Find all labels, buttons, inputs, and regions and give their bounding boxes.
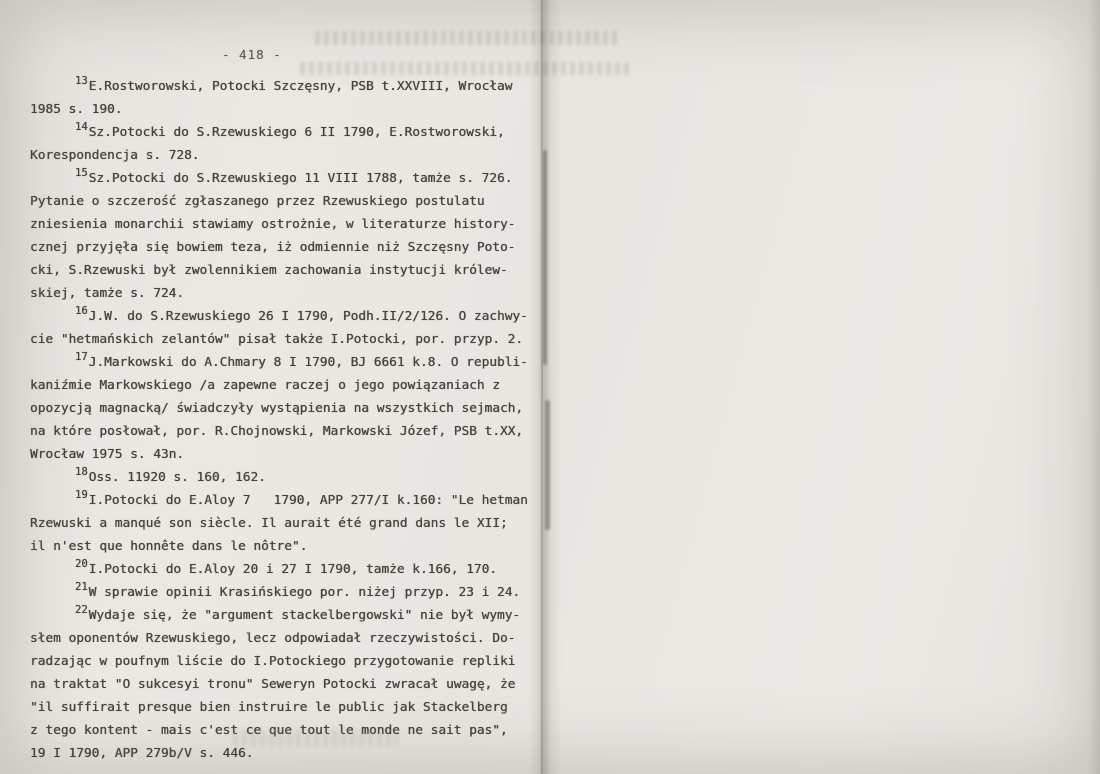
footnote-text: na traktat "O sukcesyi tronu" Seweryn Po… xyxy=(30,677,515,692)
footnote-line: cki, S.Rzewuski był zwolennikiem zachowa… xyxy=(30,259,535,282)
footnote-text: cki, S.Rzewuski był zwolennikiem zachowa… xyxy=(30,263,508,278)
scan-right-edge-shadow xyxy=(1088,0,1100,774)
footnote-number: 21 xyxy=(75,576,88,599)
footnote-text: na które posłował, por. R.Chojnowski, Ma… xyxy=(30,424,523,439)
gutter-streak xyxy=(543,150,547,365)
footnote-text: 19 I 1790, APP 279b/V s. 446. xyxy=(30,746,253,761)
footnote-number: 18 xyxy=(75,461,88,484)
footnotes-block-418: 13E.Rostworowski, Potocki Szczęsny, PSB … xyxy=(30,75,535,765)
footnote-number: 19 xyxy=(75,484,88,507)
footnote-text: skiej, tamże s. 724. xyxy=(30,286,184,301)
footnote-line: na które posłował, por. R.Chojnowski, Ma… xyxy=(30,420,535,443)
footnote-text: Wrocław 1975 s. 43n. xyxy=(30,447,184,462)
footnote-text: "il suffirait presque bien instruire le … xyxy=(30,700,508,715)
footnote-text: Oss. 11920 s. 160, 162. xyxy=(89,470,266,485)
footnote-line: 21W sprawie opinii Krasińskiego por. niż… xyxy=(30,581,535,604)
footnote-text: Wydaje się, że "argument stackelbergowsk… xyxy=(89,608,520,623)
footnote-number: 17 xyxy=(75,346,88,369)
footnote-line: skiej, tamże s. 724. xyxy=(30,282,535,305)
footnote-line: kaniźmie Markowskiego /a zapewne raczej … xyxy=(30,374,535,397)
footnote-line: opozycją magnacką/ świadczyły wystąpieni… xyxy=(30,397,535,420)
page-gutter-shadow xyxy=(528,0,562,774)
footnote-line: il n'est que honnête dans le nôtre". xyxy=(30,535,535,558)
footnote-number: 13 xyxy=(75,70,88,93)
footnote-text: 1985 s. 190. xyxy=(30,102,122,117)
footnote-text: E.Rostworowski, Potocki Szczęsny, PSB t.… xyxy=(89,79,513,94)
footnote-line: 22Wydaje się, że "argument stackelbergow… xyxy=(30,604,535,627)
footnote-number: 15 xyxy=(75,162,88,185)
page-419: - 419 - 23F.Jordan do S.Rzewuskiego 26 I… xyxy=(548,0,1100,774)
footnote-text: Sz.Potocki do S.Rzewuskiego 11 VIII 1788… xyxy=(89,171,513,186)
footnote-text: I.Potocki do E.Aloy 7 1790, APP 277/I k.… xyxy=(89,493,528,508)
footnote-text: I.Potocki do E.Aloy 20 i 27 I 1790, tamż… xyxy=(89,562,497,577)
page-number: - 418 - xyxy=(222,47,282,62)
footnote-text: zniesienia monarchii stawiamy ostrożnie,… xyxy=(30,217,515,232)
footnote-line: 16J.W. do S.Rzewuskiego 26 I 1790, Podh.… xyxy=(30,305,535,328)
footnote-text: słem oponentów Rzewuskiego, lecz odpowia… xyxy=(30,631,515,646)
footnote-line: cznej przyjęła się bowiem teza, iż odmie… xyxy=(30,236,535,259)
footnote-text: opozycją magnacką/ świadczyły wystąpieni… xyxy=(30,401,523,416)
footnote-text: Rzewuski a manqué son siècle. Il aurait … xyxy=(30,516,508,531)
footnote-text: radzając w poufnym liście do I.Potockieg… xyxy=(30,654,515,669)
footnote-text: J.W. do S.Rzewuskiego 26 I 1790, Podh.II… xyxy=(89,309,528,324)
footnote-line: radzając w poufnym liście do I.Potockieg… xyxy=(30,650,535,673)
footnote-text: Sz.Potocki do S.Rzewuskiego 6 II 1790, E… xyxy=(89,125,505,140)
footnote-number: 16 xyxy=(75,300,88,323)
footnote-number: 22 xyxy=(75,599,88,622)
page-418: - 418 - 13E.Rostworowski, Potocki Szczęs… xyxy=(0,0,548,774)
footnote-text: J.Markowski do A.Chmary 8 I 1790, BJ 666… xyxy=(89,355,528,370)
footnote-line: Rzewuski a manqué son siècle. Il aurait … xyxy=(30,512,535,535)
footnote-line: 17J.Markowski do A.Chmary 8 I 1790, BJ 6… xyxy=(30,351,535,374)
gutter-streak xyxy=(545,400,550,530)
footnote-line: 14Sz.Potocki do S.Rzewuskiego 6 II 1790,… xyxy=(30,121,535,144)
footnote-line: cie "hetmańskich zelantów" pisał także I… xyxy=(30,328,535,351)
footnote-line: 20I.Potocki do E.Aloy 20 i 27 I 1790, ta… xyxy=(30,558,535,581)
footnote-text: Pytanie o szczerość zgłaszanego przez Rz… xyxy=(30,194,485,209)
book-scan: - 418 - 13E.Rostworowski, Potocki Szczęs… xyxy=(0,0,1100,774)
footnote-line: Pytanie o szczerość zgłaszanego przez Rz… xyxy=(30,190,535,213)
page-gutter-line xyxy=(541,0,543,774)
footnote-line: 13E.Rostworowski, Potocki Szczęsny, PSB … xyxy=(30,75,535,98)
footnote-text: Korespondencja s. 728. xyxy=(30,148,200,163)
footnote-line: Wrocław 1975 s. 43n. xyxy=(30,443,535,466)
bleed-through-text xyxy=(233,729,398,747)
footnote-text: il n'est que honnête dans le nôtre". xyxy=(30,539,307,554)
footnote-text: cie "hetmańskich zelantów" pisał także I… xyxy=(30,332,523,347)
footnote-line: słem oponentów Rzewuskiego, lecz odpowia… xyxy=(30,627,535,650)
footnote-text: W sprawie opinii Krasińskiego por. niżej… xyxy=(89,585,520,600)
footnote-number: 14 xyxy=(75,116,88,139)
footnote-line: zniesienia monarchii stawiamy ostrożnie,… xyxy=(30,213,535,236)
footnote-number: 20 xyxy=(75,553,88,576)
footnote-line: 15Sz.Potocki do S.Rzewuskiego 11 VIII 17… xyxy=(30,167,535,190)
footnote-text: kaniźmie Markowskiego /a zapewne raczej … xyxy=(30,378,500,393)
footnote-line: 1985 s. 190. xyxy=(30,98,535,121)
footnote-line: na traktat "O sukcesyi tronu" Seweryn Po… xyxy=(30,673,535,696)
footnote-line: 19I.Potocki do E.Aloy 7 1790, APP 277/I … xyxy=(30,489,535,512)
footnote-line: "il suffirait presque bien instruire le … xyxy=(30,696,535,719)
footnote-line: Korespondencja s. 728. xyxy=(30,144,535,167)
footnote-text: cznej przyjęła się bowiem teza, iż odmie… xyxy=(30,240,515,255)
footnote-line: 18Oss. 11920 s. 160, 162. xyxy=(30,466,535,489)
